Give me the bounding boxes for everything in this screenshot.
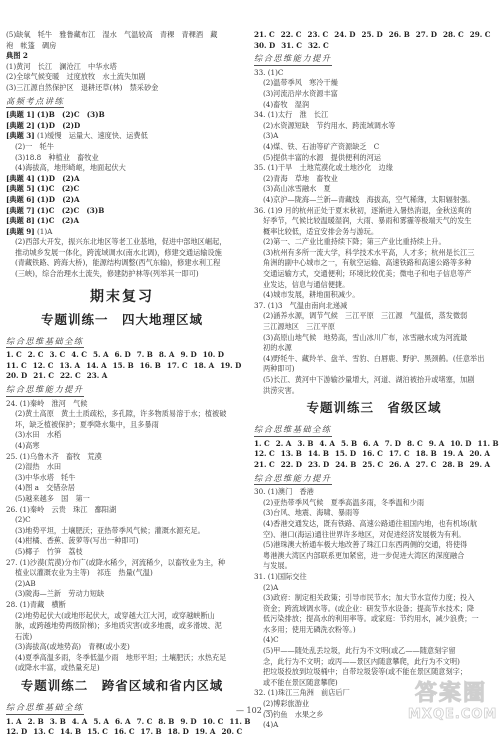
text-line: (2)湿热 水田 (6, 462, 238, 473)
text-line: (1)黄河 长江 澜沧江 中华水塔 (6, 62, 238, 73)
answer: 13. C (33, 727, 54, 736)
text-line: 洪涝灾害。 (254, 386, 494, 397)
text-line: 坏，缺乏植被保护；夏季降水集中，且多暴雨 (6, 420, 238, 431)
answer: 2. B (28, 717, 44, 726)
dianti-answer: (1)B (2)C (3)B (37, 110, 105, 119)
answer: 19. A (443, 449, 464, 458)
section-heading-basic: 综合思维基础全练 (254, 424, 332, 437)
answer: 11. C (6, 361, 27, 370)
section-heading-ability: 综合思维能力提升 (6, 384, 84, 397)
dianti-answer: (1)A (37, 227, 52, 236)
text-line: 水多用；使用无磷洗衣粉等。) (254, 625, 494, 636)
answer: 18. D (168, 727, 189, 736)
text-line: (3)河流沿岸水资源丰富 (254, 89, 494, 100)
answer: 4. A (319, 439, 335, 448)
answer: 23. C (307, 30, 328, 39)
text-line: 粤港澳大湾区内部联系更加紧密，进一步促进大湾区的深度融合 (254, 551, 494, 562)
text-line: (2)青海 草地 畜牧业 (254, 174, 494, 185)
answer: 14. B (308, 449, 329, 458)
text-line: (4)高寒 (6, 441, 238, 452)
text-line: 资金；跨流域调水等。(或企业：研发节水设备；提高节水技术；降 (254, 604, 494, 615)
answer: 8. C (407, 439, 423, 448)
dianti-5: [典题 5] (1)C (2)C (6, 184, 238, 195)
answer: 16. B (140, 361, 161, 370)
text-line: (或降水丰富，或热量充足) (6, 663, 238, 674)
text-line: 脉，或跨越地势两级阶梯)；多地质灾害(或多地震，或多滑坡、泥 (6, 621, 238, 632)
answer: 24. B (335, 460, 356, 469)
answer: 11. B (478, 439, 499, 448)
answer: 12. D (6, 727, 27, 736)
answer: 10. D (450, 439, 471, 448)
text-line: (2)亚热带季风气候 夏季高温多雨，冬季温和少雨 (254, 498, 494, 509)
text-line: (4)海拔高，地形崎岖，地面起伏大 (6, 163, 238, 174)
text-line: (4)畜牧 湿润 (254, 100, 494, 111)
answer: 6. D (115, 350, 131, 359)
answer: 20. C (221, 727, 242, 736)
answer: 7. D (385, 439, 401, 448)
answer: 32. C (308, 41, 329, 50)
text-line: 业发达，信息与通信便捷。 (254, 280, 494, 291)
answer: 8. A (159, 350, 175, 359)
question-28: 28. (1)青藏 横断 (6, 600, 238, 611)
text-line: (3)A (254, 131, 494, 142)
unit-2-title: 专题训练二 跨省区域和省内区域 (6, 676, 238, 696)
answer: 22. C (281, 30, 302, 39)
question-34: 34. (1)太行 淮 长江 (254, 110, 494, 121)
watermark-url: MXQE.COM (408, 707, 494, 722)
answer: 29. A (469, 460, 490, 469)
answer: 8. B (158, 717, 174, 726)
section-heading-ability: 综合思维能力提升 (254, 473, 332, 486)
text-line: 两种即可) (254, 364, 494, 375)
answer: 13. A (59, 361, 80, 370)
dianti-answer: (1)C (2)C (3)B (37, 206, 104, 215)
answer: 19. D (220, 361, 241, 370)
question-31: 31. (1)国际交往 (254, 572, 494, 583)
answer: 9. A (429, 439, 445, 448)
dianti-answer: (1)D (2)A (37, 174, 80, 183)
text-line: (4)C (254, 635, 494, 646)
answer: 26. B (389, 30, 410, 39)
text-line: 概率比较低，适宜安排会务与游玩。 (254, 227, 494, 238)
watermark-logo: 答案圈 MXQE.COM (408, 676, 494, 732)
dianti-3: [典题 3] (1)缓慢 运量大、速度快、运费低 (6, 131, 238, 142)
text-line: (2)地势起伏大(或地形起伏大，或穿越大江大河，或穿越峡断山 (6, 611, 238, 622)
text-line: (三峡)，综合治理水土流失，修建防护林等(列举其一即可) (6, 269, 238, 280)
question-37: 37. (1)3 气温由南向北递减 (254, 301, 494, 312)
section-heading-basic: 综合思维基础全练 (6, 702, 84, 715)
text-line: (2)西部大开发，振兴东北地区等老工业基地，促进中部地区崛起， (6, 237, 238, 248)
text-line: (青藏铁路、跨海大桥)，能源结构调整(西气东输)，修建水利工程 (6, 258, 238, 269)
answer: 4. C (71, 350, 87, 359)
text-line: (3)台风、地震、海啸、暴雨等 (254, 508, 494, 519)
dianti-label: [典题 3] (6, 131, 35, 140)
text-line: (2)A (254, 583, 494, 594)
answer: 19. A (195, 727, 216, 736)
dianti-answer: (1)D (2)A (37, 195, 80, 204)
question-30: 30. (1)澳门 香港 (254, 487, 494, 498)
question-36: 36. (1)9 月的杭州正处于夏末秋初，逐渐进入暑热消退，金秋送爽的 (254, 206, 494, 217)
text-line: (4)香港交通发达，既有铁路、高速公路通往祖国内地，也有机场(航 (254, 519, 494, 530)
answer: 1. C (6, 350, 22, 359)
answer: 2. A (276, 439, 292, 448)
answer: 21. C (254, 460, 275, 469)
text-line: (2)C (6, 515, 238, 526)
text-line: (3)海拔高(或地势高) 青稞(或小麦) (6, 642, 238, 653)
answer: 28. B (442, 460, 463, 469)
answer: 14. A (86, 361, 107, 370)
answer: 1. C (254, 439, 270, 448)
text-line: (2)第一、二产业比重持续下降；第三产业比重持续上升。 (254, 237, 494, 248)
text-line: 推动城乡发展一体化，跨流域调水(南水北调)，修建交通运输设施 (6, 248, 238, 259)
answer: 15. D (335, 449, 356, 458)
answer: 7. C (137, 717, 153, 726)
answer-row: 12. D13. C14. B15. C16. C17. B18. D19. A… (6, 727, 238, 736)
text-line: (3)高原山地气候 地势高，雪山冰川广布，冰雪融水成为河流最 (254, 333, 494, 344)
answer: 14. B (60, 727, 81, 736)
dianti-answer: (1)C (2)C (37, 184, 79, 193)
dianti-label: [典题 8] (6, 216, 35, 225)
dianti-label: [典题 1] (6, 110, 35, 119)
text-line: (2)水资源短缺 节约用水、跨流域调水等 (254, 121, 494, 132)
answer: 23. D (308, 460, 329, 469)
question-35: 35. (1)干旱 土地荒漠化或土地沙化 边缘 (254, 163, 494, 174)
dianti-label: [典题 9] (6, 227, 35, 236)
text-line: (2)温带季风 寒冷干燥 (254, 78, 494, 89)
answer: 31. C (281, 41, 302, 50)
dianti-label: [典题 5] (6, 184, 35, 193)
question-24: 24. (1)秦岭 淮河 气候 (6, 399, 238, 410)
answer: 26. A (389, 460, 410, 469)
answer-row: 20. D21. C22. C23. A (6, 371, 238, 382)
answer-row: 21. C22. D23. D24. B25. C26. A27. C28. B… (254, 460, 494, 471)
text-line: 交通运输方式，交通便利；环境比较优美；微电子和电子信息等产 (254, 269, 494, 280)
answer: 24. D (334, 30, 355, 39)
answer: 20. D (6, 371, 27, 380)
text-line: (2)涵养水源，调节气候 三江平原 三江源 气温低，蒸发微弱 (254, 311, 494, 322)
dianti-answer: (1)D (2)D (37, 121, 80, 130)
text-line: (5)甲——随处乱丢垃圾，此行为不文明(或乙——随意刻字留 (254, 646, 494, 657)
answer: 3. C (49, 350, 65, 359)
answer: 3. B (50, 717, 66, 726)
answer-row: 1. C2. A3. B4. A5. B6. A7. D8. C9. A10. … (254, 439, 494, 450)
answer: 22. D (281, 460, 302, 469)
answer-key-page: (5)缺氧 牦牛 雅鲁藏布江 湿水 气温较高 青稞 青稞酒 藏 袍 帐篷 碉房 … (0, 0, 500, 736)
answer: 10. D (203, 350, 224, 359)
text-line: (3)三江源自然保护区 退耕还草(林) 禁采砂金 (6, 83, 238, 94)
text-line: (2)AB (6, 579, 238, 590)
answer: 21. C (254, 30, 275, 39)
text-line: (5)港珠澳大桥通车极大地改善了珠江口东西两侧的交通，将使得 (254, 540, 494, 551)
section-heading-ability: 综合思维能力提升 (254, 53, 332, 66)
text-line: 袍 帐篷 碉房 (6, 41, 238, 52)
answer: 3. B (297, 439, 313, 448)
big-title: 期末复习 (6, 286, 238, 308)
text-line: (4)图 a 交错杂居 (6, 483, 238, 494)
dianti-label: [典题 6] (6, 195, 35, 204)
answer: 6. A (363, 439, 379, 448)
answer-row: 12. C13. B14. B15. D16. C17. C18. B19. A… (254, 449, 494, 460)
answer: 23. A (87, 371, 108, 380)
text-line: (4)城市发展，耕地面积减少。 (254, 290, 494, 301)
text-line: (5)提供丰富的水源 提供便利的河运 (254, 153, 494, 164)
dianti-7: [典题 7] (1)C (2)C (3)B (6, 206, 238, 217)
right-column: 21. C22. C23. C24. D25. D26. B27. D28. C… (254, 30, 494, 731)
answer: 18. B (416, 449, 437, 458)
dianti-2: [典题 2] (1)D (2)D (6, 121, 238, 132)
answer: 18. A (194, 361, 215, 370)
answer: 15. C (87, 727, 108, 736)
answer: 15. B (113, 361, 134, 370)
text-line: (5)椰子 竹笋 荔枝 (6, 547, 238, 558)
unit-3-title: 专题训练三 省级区域 (254, 398, 494, 418)
text-line: (3)陇海—兰新 劳动力短缺 (6, 589, 238, 600)
text-line: 与发展。 (254, 561, 494, 572)
text-line: (4)野牦牛、藏羚羊、盘羊、雪豹、白唇鹿、野驴、黑颈鹤。(任意举出 (254, 354, 494, 365)
dianti-6: [典题 6] (1)D (2)A (6, 195, 238, 206)
text-line: (3)地势平坦，土壤肥沃；亚热带季风气候；灌溉水源充足。 (6, 526, 238, 537)
answer: 30. D (254, 41, 275, 50)
answer: 9. D (180, 717, 196, 726)
answer: 22. C (60, 371, 81, 380)
answer: 27. C (416, 460, 437, 469)
answer: 4. A (72, 717, 88, 726)
answer: 25. D (361, 30, 382, 39)
text-line: 好季节，气候比较温暖湿润，大雨、暴雨和雾霾等极端天气的发生 (254, 216, 494, 227)
text-line: (5)长江、黄河中下游输沙量增大，河道、湖泊被抬升或堵塞，加剧 (254, 375, 494, 386)
question-26: 26. (1)秦岭 云贵 珠江 鄱阳湖 (6, 505, 238, 516)
text-line: (2)一 牦牛 (6, 142, 238, 153)
text-line: 石流) (6, 632, 238, 643)
dianti-label: [典题 4] (6, 174, 35, 183)
text-line: (2)黄土高原 黄土土质疏松，多孔隙，许多物质易溶于水；植被破 (6, 409, 238, 420)
dianti-label: [典题 2] (6, 121, 35, 130)
page-number: — 102 — (236, 706, 272, 715)
dianti-label: [典题 7] (6, 206, 35, 215)
answer: 5. B (341, 439, 357, 448)
text-line: (3)中华水塔 牦牛 (6, 473, 238, 484)
answer: 5. A (93, 350, 109, 359)
answer: 9. D (180, 350, 196, 359)
text-line: 三江源地区 三江平原 (254, 322, 494, 333)
answer: 12. C (254, 449, 275, 458)
answer-row: 1. A2. B3. B4. A5. A6. A7. C8. B9. D10. … (6, 717, 238, 728)
text-line: (3)水田 水稻 (6, 430, 238, 441)
answer: 21. C (33, 371, 54, 380)
answer: 28. C (443, 30, 464, 39)
text-line: (2)全球气候变暖 过度放牧 水土流失加剧 (6, 72, 238, 83)
answer: 13. B (281, 449, 302, 458)
answer: 12. C (33, 361, 54, 370)
dian-tu-2-label: 典图 2 (6, 51, 238, 62)
text-line: 植业以灌溉农业为主等) 祁连 热量(气温) (6, 568, 238, 579)
answer: 7. B (137, 350, 153, 359)
answer: 16. C (114, 727, 135, 736)
dianti-4: [典题 4] (1)D (2)A (6, 174, 238, 185)
dianti-answer: (1)C (2)A (37, 216, 79, 225)
text-line: (3)政府：制定相关政策；引导市民节水；加大节水宣传力度；投入 (254, 593, 494, 604)
text-line: 空)、港口(海运)通往世界许多地区，对促进经济发展极为有利。 (254, 530, 494, 541)
section-heading-gaopin: 高频考点讲练 (6, 96, 64, 109)
answer: 1. A (6, 717, 22, 726)
dianti-8: [典题 8] (1)C (2)A (6, 216, 238, 227)
answer: 20. A (469, 449, 490, 458)
answer: 5. A (93, 717, 109, 726)
text-line: (4)夏季高温多雨，冬季低温少雨 地形平坦；土壤肥沃；水热充足 (6, 653, 238, 664)
answer: 27. D (416, 30, 437, 39)
answer: 17. C (167, 361, 188, 370)
text-line: (3)18.8 种植业 畜牧业 (6, 153, 238, 164)
answer: 29. C (470, 30, 491, 39)
text-line: (4)煤、铁、石油等矿产资源缺乏 C (254, 142, 494, 153)
text-line: 初的水源 (254, 343, 494, 354)
unit-1-title: 专题训练一 四大地理区域 (6, 310, 238, 330)
answer: 6. A (115, 717, 131, 726)
text-line: (3)高山冰雪融水 夏 (254, 184, 494, 195)
answer: 11. B (229, 717, 250, 726)
text-line: 低污染排放；提高水的利用率等。或家庭：节约用水，减少浪费；一 (254, 614, 494, 625)
text-line: (5)缺氧 牦牛 雅鲁藏布江 湿水 气温较高 青稞 青稞酒 藏 (6, 30, 238, 41)
text-line: (5)越来越多 国 第一 (6, 494, 238, 505)
dianti-answer: (1)缓慢 运量大、速度快、运费低 (37, 131, 148, 140)
question-25: 25. (1)乌鲁木齐 畜牧 荒漠 (6, 452, 238, 463)
answer-row: 11. C12. C13. A14. A15. B16. B17. C18. A… (6, 361, 238, 372)
question-33: 33. (1)C (254, 68, 494, 79)
answer: 16. C (362, 449, 383, 458)
answer: 17. B (141, 727, 162, 736)
text-line: 念，此行为不文明；或丙——景区内随意攀爬，此行为不文明) (254, 657, 494, 668)
text-line: (4)京沪—陇海—兰新—青藏线 海拔高，空气稀薄，太阳辐射强。 (254, 195, 494, 206)
answer: 25. C (362, 460, 383, 469)
section-heading-basic: 综合思维基础全练 (6, 336, 84, 349)
answer-row: 1. C2. C3. C4. C5. A6. D7. B8. A9. D10. … (6, 350, 238, 361)
watermark-text: 答案圈 (408, 676, 494, 707)
answer: 10. C (203, 717, 224, 726)
text-line: (3)杭州有多所一流大学，科学技术水平高，人才多；杭州是长江三 (254, 248, 494, 259)
dianti-1: [典题 1] (1)B (2)C (3)B (6, 110, 238, 121)
question-27: 27. (1)沙漠(荒漠)分布广(或降水稀少，河流稀少，以畜牧业为主，种 (6, 558, 238, 569)
answer: 2. C (28, 350, 44, 359)
answer: 17. C (389, 449, 410, 458)
dianti-9: [典题 9] (1)A (6, 227, 238, 238)
text-line: (4)柑橘、香蕉、菠萝等(写出一种即可) (6, 536, 238, 547)
left-column: (5)缺氧 牦牛 雅鲁藏布江 湿水 气温较高 青稞 青稞酒 藏 袍 帐篷 碉房 … (6, 30, 238, 736)
answer-row: 21. C22. C23. C24. D25. D26. B27. D28. C… (254, 30, 494, 41)
text-line: 角洲的副中心城市之一，有航空运输、高速铁路和高速公路等多种 (254, 258, 494, 269)
answer-row: 30. D31. C32. C (254, 41, 494, 52)
